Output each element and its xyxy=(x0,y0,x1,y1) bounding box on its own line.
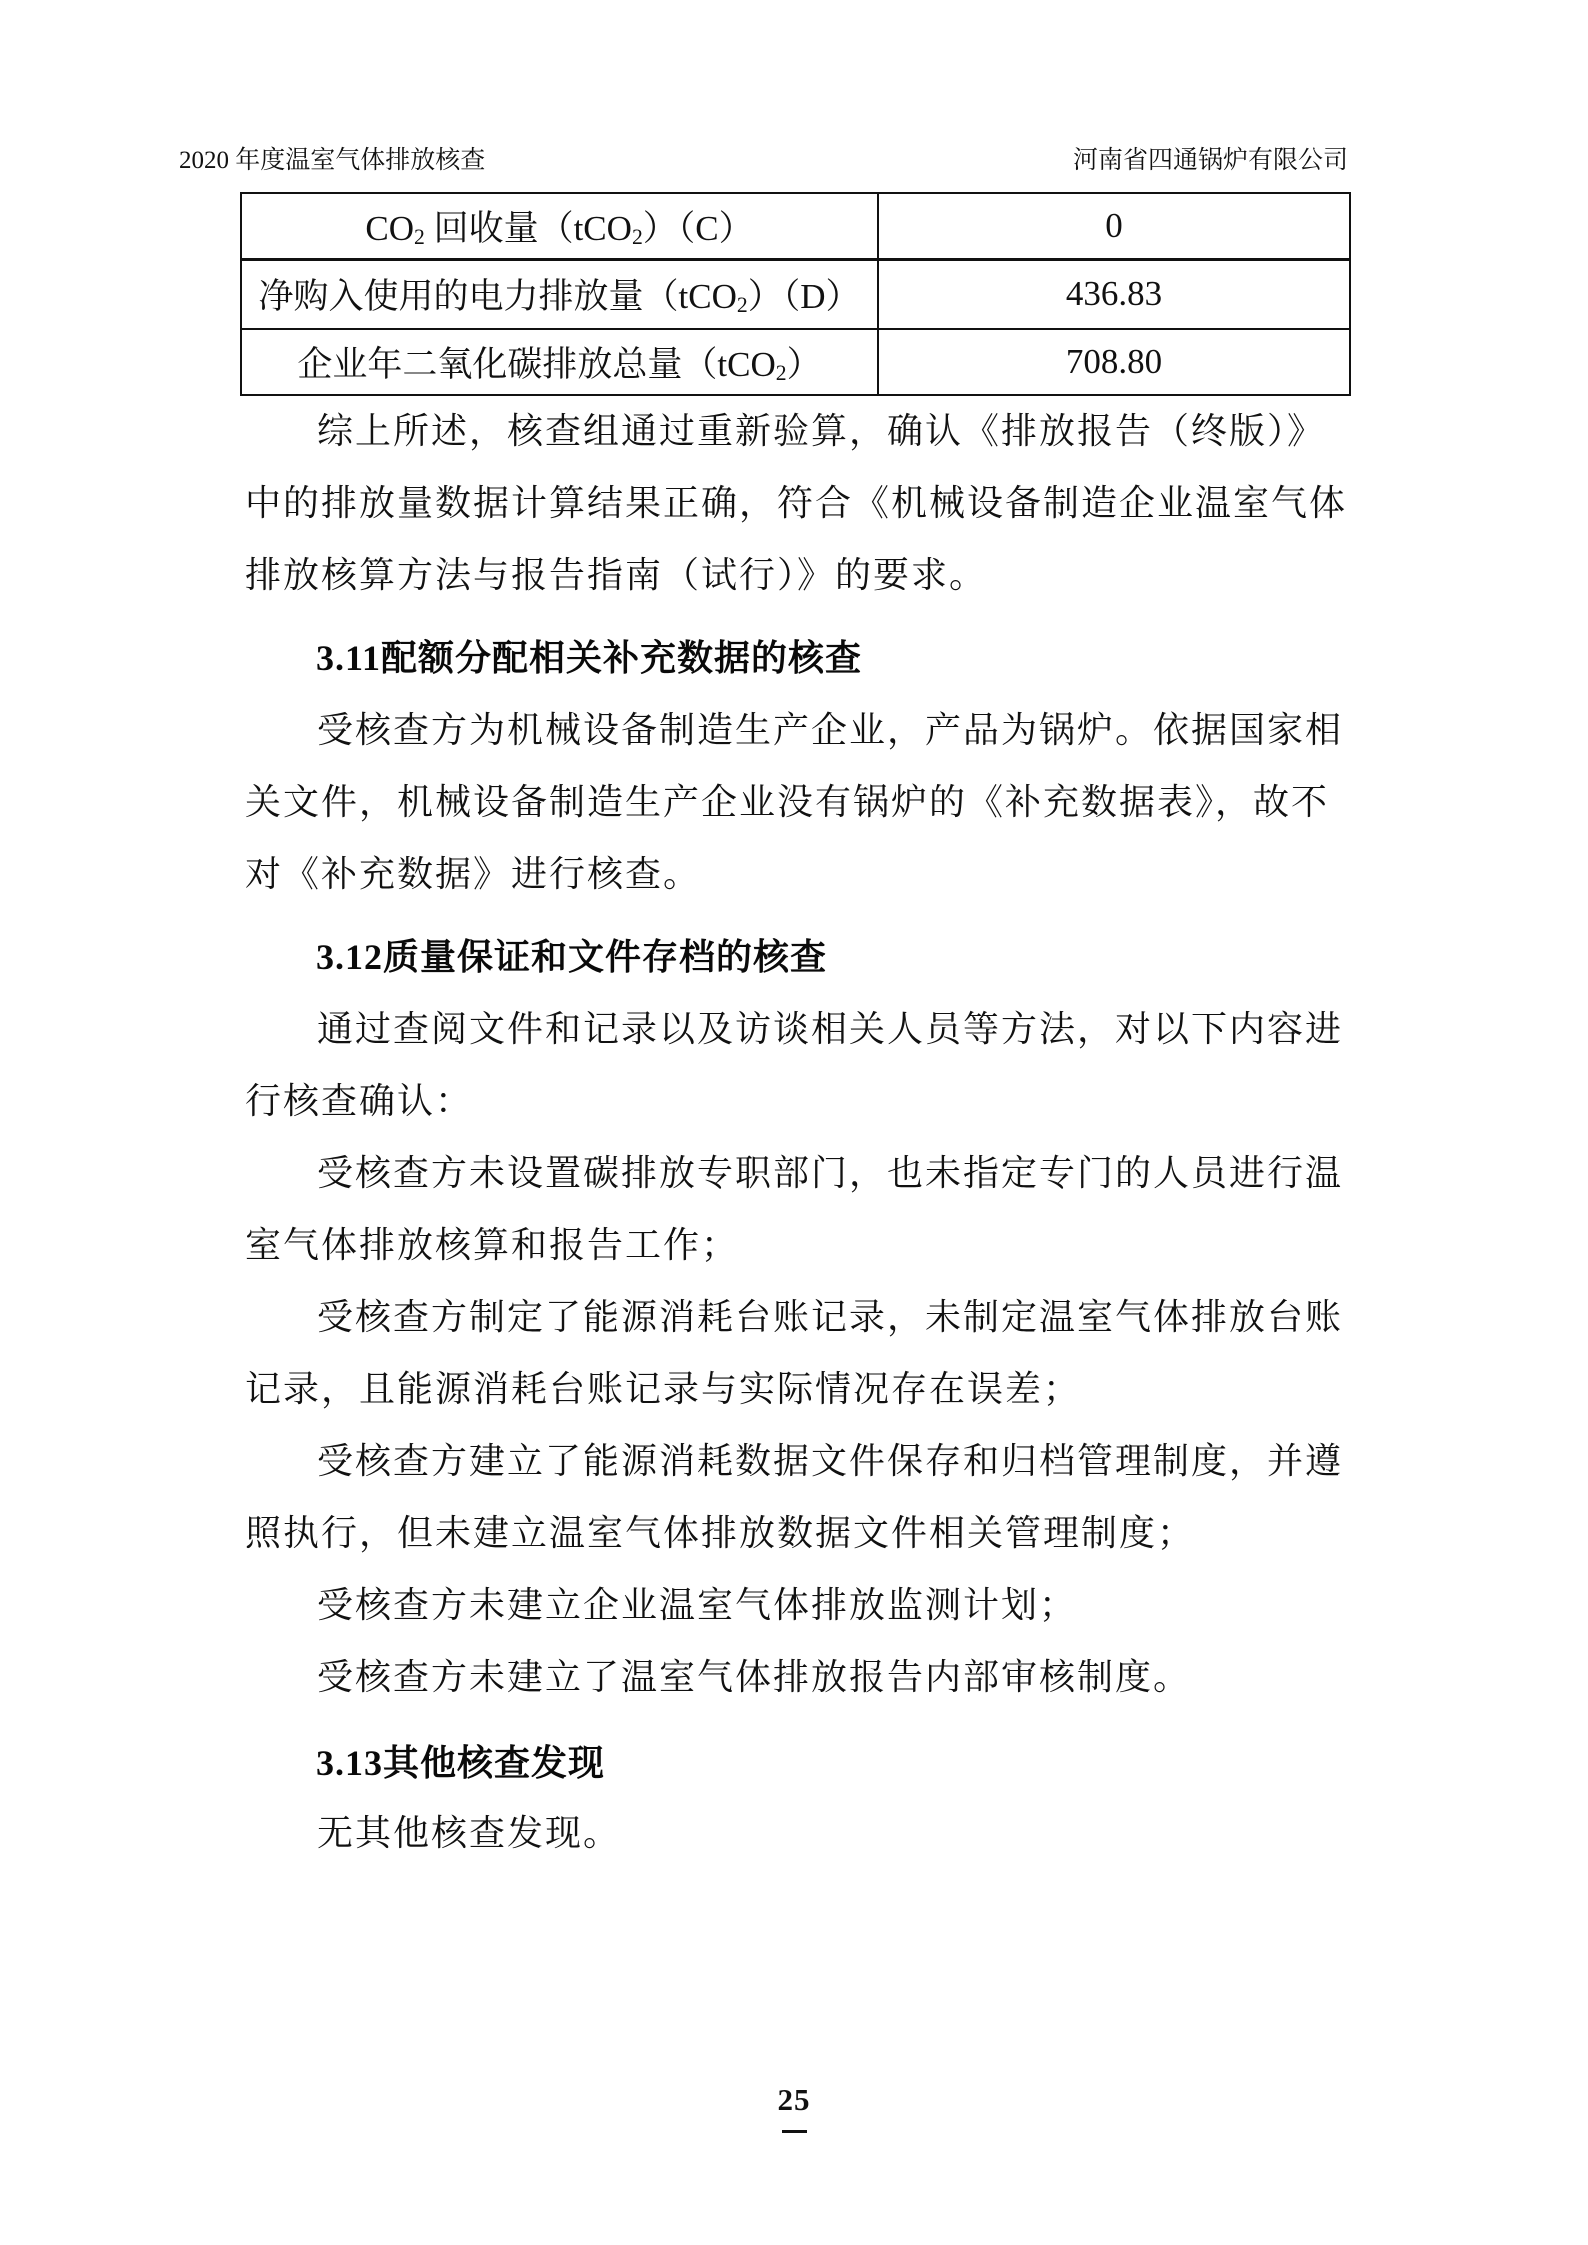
header-report-title: 2020 年度温室气体排放核查 xyxy=(179,146,485,176)
paragraph-no-carbon-department: 受核查方未设置碳排放专职部门，也未指定专门的人员进行温 室气体排放核算和报告工作… xyxy=(245,1137,1343,1281)
table-row-label: 净购入使用的电力排放量（tCO2）（D） xyxy=(241,259,878,329)
heading-3-11: 3.11配额分配相关补充数据的核查 xyxy=(245,622,862,694)
table-row-value: 436.83 xyxy=(878,259,1350,329)
heading-3-12: 3.12质量保证和文件存档的核查 xyxy=(245,921,827,993)
paragraph-no-monitoring-plan: 受核查方未建立企业温室气体排放监测计划； xyxy=(245,1569,1077,1641)
paragraph-archive-management: 受核查方建立了能源消耗数据文件保存和归档管理制度，并遵 照执行，但未建立温室气体… xyxy=(245,1425,1343,1569)
emissions-table-body: CO2 回收量（tCO2）（C）0净购入使用的电力排放量（tCO2）（D）436… xyxy=(241,193,1350,395)
subscript: 2 xyxy=(776,361,787,385)
subscript: 2 xyxy=(414,225,425,249)
heading-3-13: 3.13其他核查发现 xyxy=(245,1727,605,1799)
table-row-label: CO2 回收量（tCO2）（C） xyxy=(241,193,878,259)
table-row-value: 0 xyxy=(878,193,1350,259)
paragraph-energy-ledger: 受核查方制定了能源消耗台账记录，未制定温室气体排放台账 记录，且能源消耗台账记录… xyxy=(245,1281,1343,1425)
paragraph-qa-method: 通过查阅文件和记录以及访谈相关人员等方法，对以下内容进 行核查确认： xyxy=(245,993,1343,1137)
document-page: { "header": { "left_title": "2020 年度温室气体… xyxy=(0,0,1588,2245)
page-number: 25 xyxy=(0,2082,1588,2118)
paragraph-summary-recalculation: 综上所述，核查组通过重新验算，确认《排放报告（终版）》 中的排放量数据计算结果正… xyxy=(245,395,1347,611)
header-company-name: 河南省四通锅炉有限公司 xyxy=(1073,146,1348,176)
emissions-table: CO2 回收量（tCO2）（C）0净购入使用的电力排放量（tCO2）（D）436… xyxy=(240,192,1351,396)
page-number-underline xyxy=(782,2130,807,2133)
table-row: CO2 回收量（tCO2）（C）0 xyxy=(241,193,1350,259)
table-row: 净购入使用的电力排放量（tCO2）（D）436.83 xyxy=(241,259,1350,329)
subscript: 2 xyxy=(737,293,748,317)
paragraph-no-internal-audit: 受核查方未建立了温室气体排放报告内部审核制度。 xyxy=(245,1641,1191,1713)
paragraph-allowance-supplementary-data: 受核查方为机械设备制造生产企业，产品为锅炉。依据国家相 关文件，机械设备制造生产… xyxy=(245,694,1343,910)
table-row-label: 企业年二氧化碳排放总量（tCO2） xyxy=(241,329,878,395)
paragraph-no-other-findings: 无其他核查发现。 xyxy=(245,1797,621,1869)
subscript: 2 xyxy=(632,225,643,249)
table-row: 企业年二氧化碳排放总量（tCO2）708.80 xyxy=(241,329,1350,395)
table-row-value: 708.80 xyxy=(878,329,1350,395)
